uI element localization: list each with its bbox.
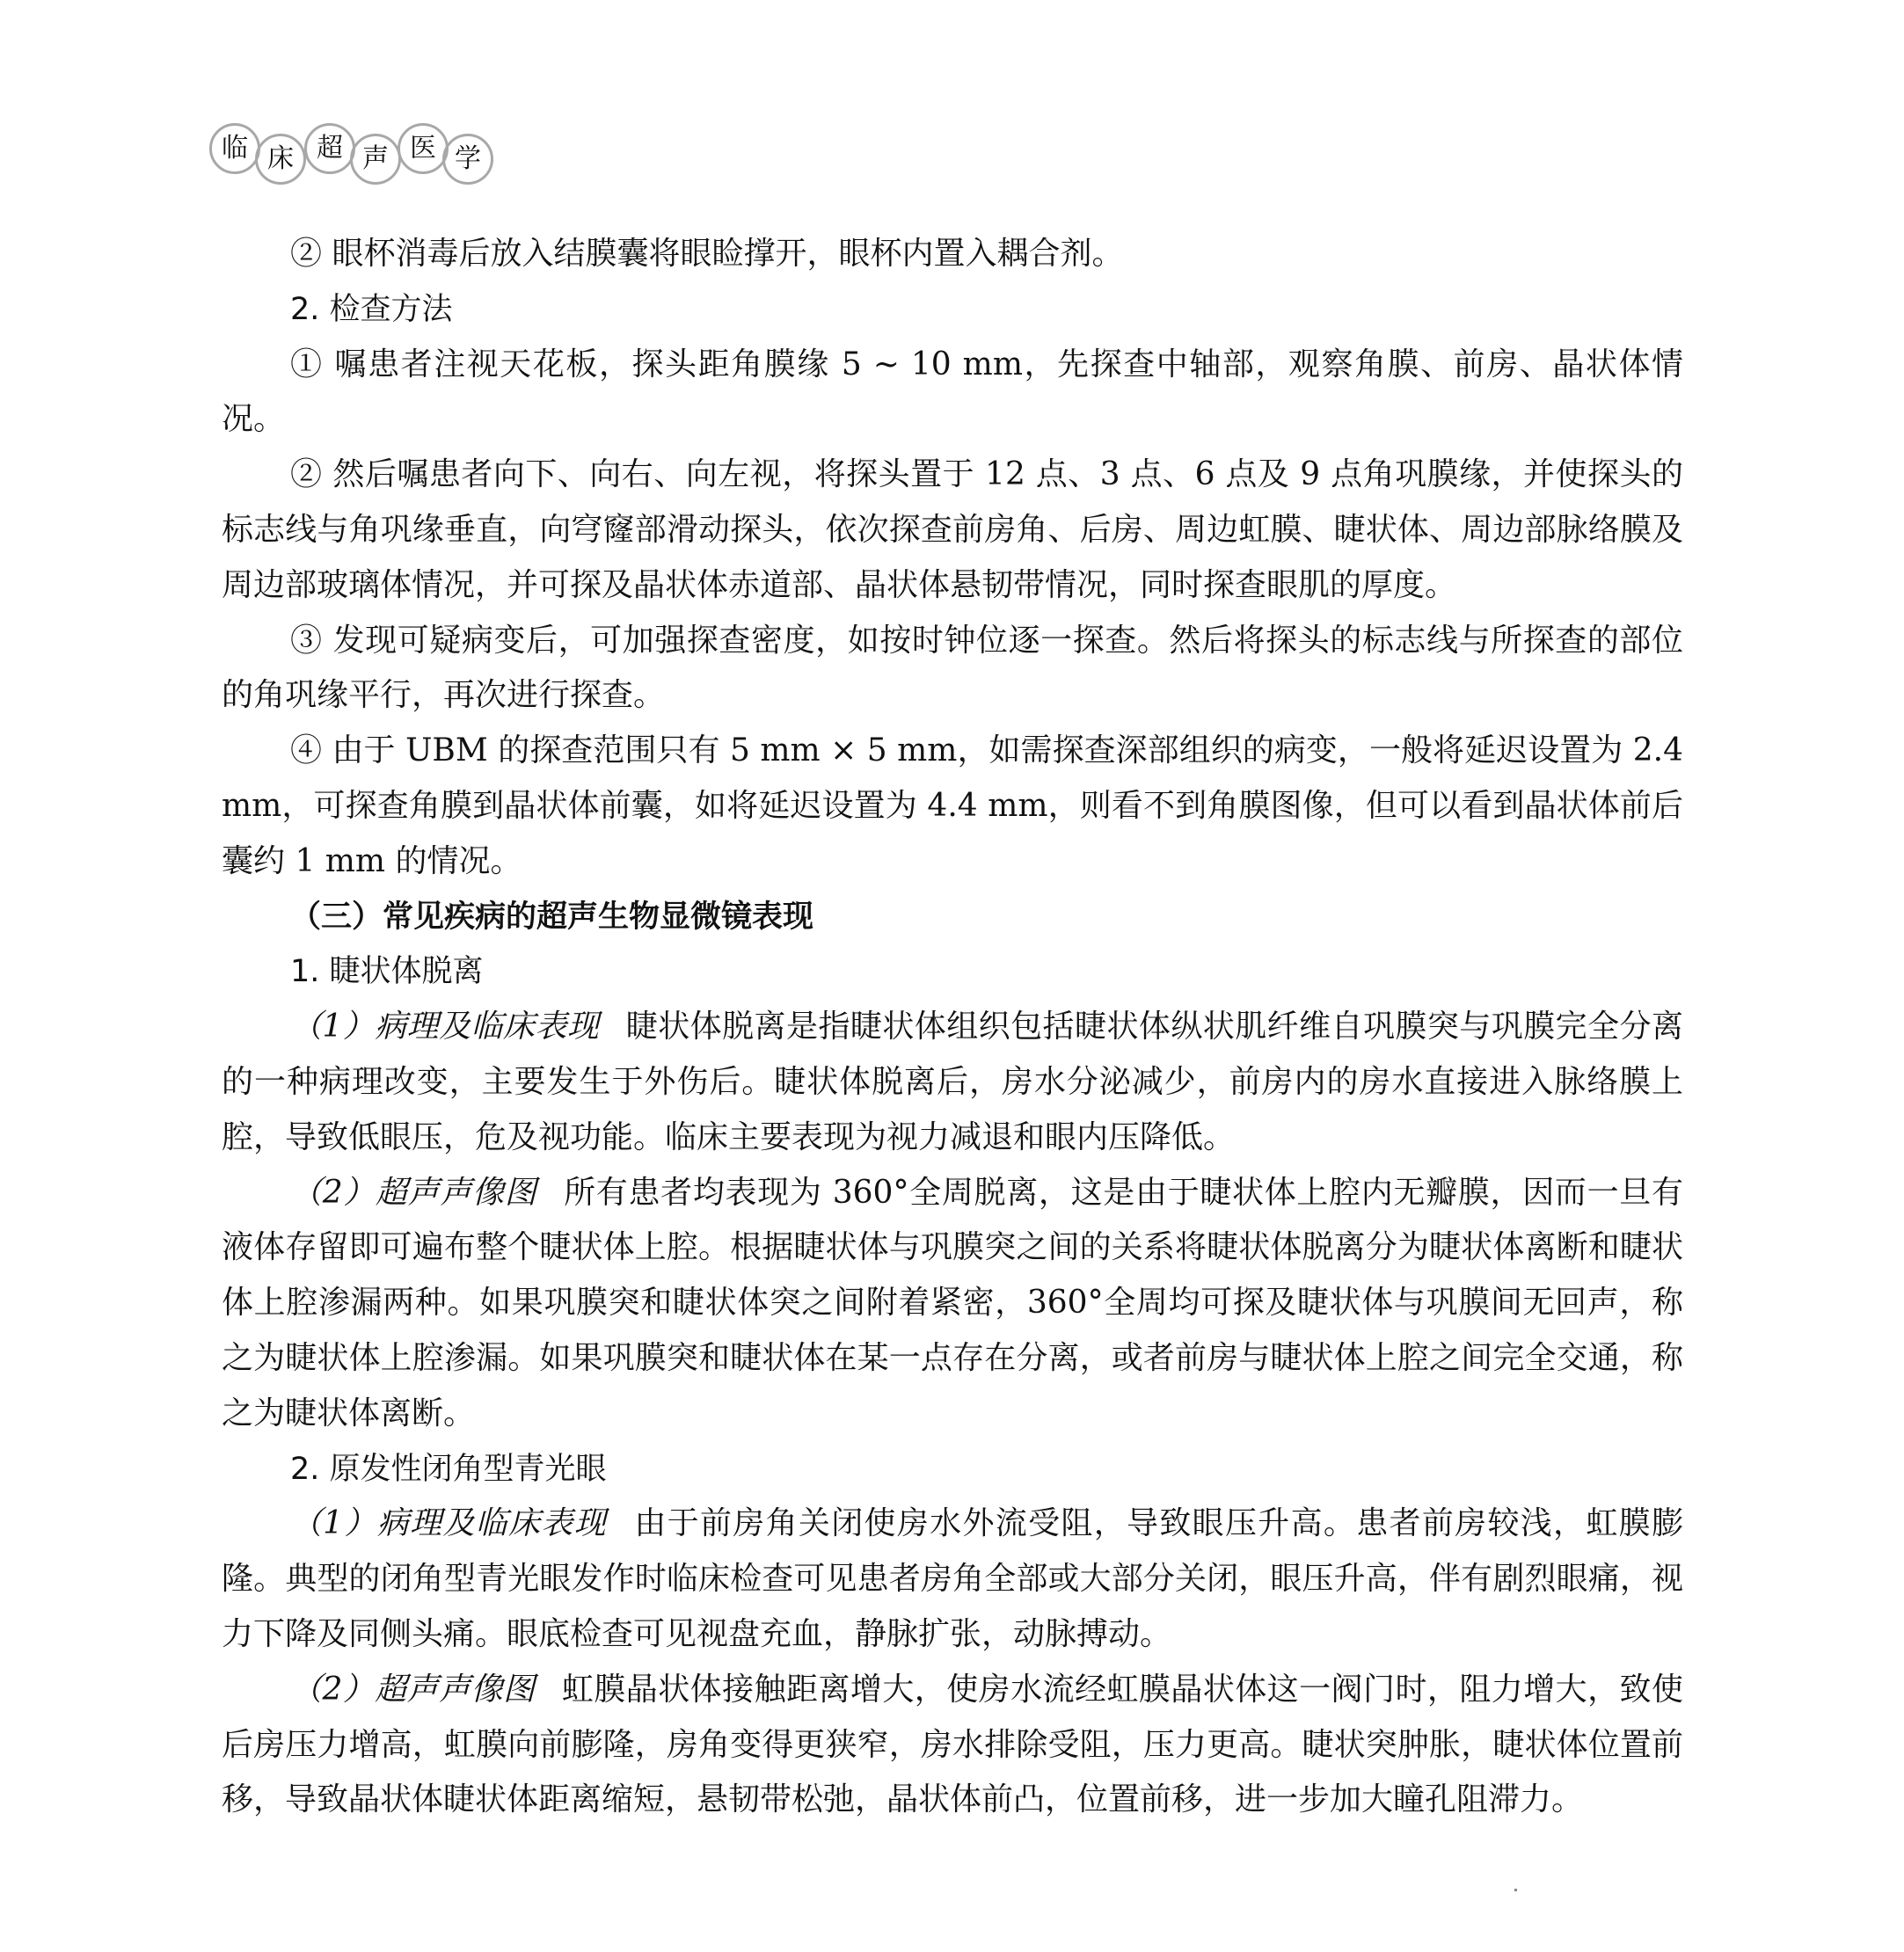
header-circle-char: 学	[442, 134, 493, 185]
scan-artifact	[1514, 1889, 1517, 1891]
book-page: 临 床 超 声 医 学 ② 眼杯消毒后放入结膜囊将眼睑撑开，眼杯内置入耦合剂。 …	[0, 0, 1904, 1952]
running-header: 临 床 超 声 医 学	[209, 123, 508, 193]
heading-angle-closure-glaucoma: 2. 原发性闭角型青光眼	[222, 1442, 1683, 1497]
heading-ciliary-detachment: 1. 睫状体脱离	[222, 944, 1683, 1000]
subheading-label: （1）病理及临床表现	[290, 1009, 599, 1045]
subheading-label: （2）超声声像图	[290, 1672, 535, 1708]
paragraph-glaucoma-ultrasound: （2）超声声像图虹膜晶状体接触距离增大，使房水流经虹膜晶状体这一阀门时，阻力增大…	[222, 1663, 1683, 1828]
paragraph-method-3: ③ 发现可疑病变后，可加强探查密度，如按时钟位逐一探查。然后将探头的标志线与所探…	[222, 614, 1683, 725]
subheading-label: （1）病理及临床表现	[290, 1505, 607, 1541]
paragraph-glaucoma-pathology: （1）病理及临床表现由于前房角关闭使房水外流受阻，导致眼压升高。患者前房较浅，虹…	[222, 1497, 1683, 1662]
heading-section-3: （三）常见疾病的超声生物显微镜表现	[222, 890, 1683, 945]
heading-exam-method: 2. 检查方法	[222, 282, 1683, 338]
header-circle-char: 超	[304, 123, 355, 174]
body-text: ② 眼杯消毒后放入结膜囊将眼睑撑开，眼杯内置入耦合剂。 2. 检查方法 ① 嘱患…	[222, 227, 1683, 1828]
paragraph-ciliary-ultrasound: （2）超声声像图所有患者均表现为 360°全周脱离，这是由于睫状体上腔内无瓣膜，…	[222, 1166, 1683, 1442]
header-circle-char: 床	[255, 134, 306, 185]
header-circle-char: 声	[350, 134, 401, 185]
paragraph-prep-item-2: ② 眼杯消毒后放入结膜囊将眼睑撑开，眼杯内置入耦合剂。	[222, 227, 1683, 282]
subheading-label: （2）超声声像图	[290, 1175, 536, 1211]
paragraph-method-4: ④ 由于 UBM 的探查范围只有 5 mm × 5 mm，如需探查深部组织的病变…	[222, 724, 1683, 889]
header-circle-char: 医	[398, 123, 449, 174]
paragraph-method-2: ② 然后嘱患者向下、向右、向左视，将探头置于 12 点、3 点、6 点及 9 点…	[222, 448, 1683, 613]
paragraph-method-1: ① 嘱患者注视天花板，探头距角膜缘 5 ~ 10 mm，先探查中轴部，观察角膜、…	[222, 338, 1683, 448]
paragraph-ciliary-pathology: （1）病理及临床表现睫状体脱离是指睫状体组织包括睫状体纵状肌纤维自巩膜突与巩膜完…	[222, 1000, 1683, 1165]
paragraph-text: 所有患者均表现为 360°全周脱离，这是由于睫状体上腔内无瓣膜，因而一旦有液体存…	[222, 1175, 1683, 1431]
header-circle-char: 临	[209, 123, 260, 174]
